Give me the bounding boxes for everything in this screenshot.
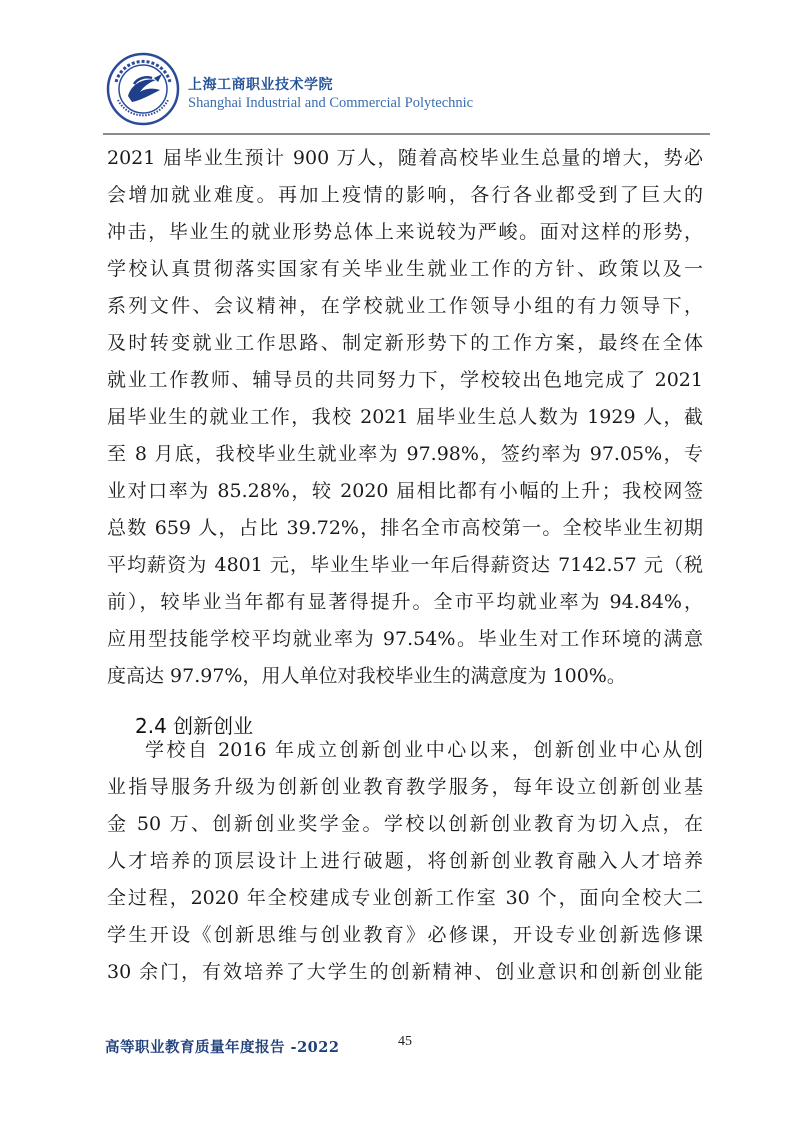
text-line: 学校自 2016 年成立创新创业中心以来，创新创业中心从创 (107, 732, 703, 769)
header-divider (103, 133, 710, 135)
text-line: 会增加就业难度。再加上疫情的影响，各行各业都受到了巨大的 (107, 177, 703, 214)
text-line: 平均薪资为 4801 元，毕业生毕业一年后得薪资达 7142.57 元（税 (107, 547, 703, 584)
employment-paragraph: 2021 届毕业生预计 900 万人，随着高校毕业生总量的增大，势必 会增加就业… (107, 140, 703, 695)
school-emblem-logo (106, 52, 180, 126)
text-line: 业对口率为 85.28%，较 2020 届相比都有小幅的上升；我校网签 (107, 473, 703, 510)
text-line: 总数 659 人，占比 39.72%，排名全市高校第一。全校毕业生初期 (107, 510, 703, 547)
text-line: 金 50 万、创新创业奖学金。学校以创新创业教育为切入点，在 (107, 806, 703, 843)
text-line: 届毕业生的就业工作，我校 2021 届毕业生总人数为 1929 人，截 (107, 399, 703, 436)
text-line: 就业工作教师、辅导员的共同努力下，学校较出色地完成了 2021 (107, 362, 703, 399)
text-line: 全过程，2020 年全校建成专业创新工作室 30 个，面向全校大二 (107, 880, 703, 917)
footer-report-title: 高等职业教育质量年度报告 -2022 (105, 1036, 339, 1057)
school-name-cn: 上海工商职业技术学院 (188, 74, 333, 94)
document-page: 上海工商职业技术学院 Shanghai Industrial and Comme… (0, 0, 793, 1122)
text-line: 学校认真贯彻落实国家有关毕业生就业工作的方针、政策以及一 (107, 251, 703, 288)
text-line: 业指导服务升级为创新创业教育教学服务，每年设立创新创业基 (107, 769, 703, 806)
innovation-paragraph: 学校自 2016 年成立创新创业中心以来，创新创业中心从创 业指导服务升级为创新… (107, 732, 703, 991)
page-number: 45 (398, 1034, 412, 1050)
page-header: 上海工商职业技术学院 Shanghai Industrial and Comme… (103, 50, 713, 130)
text-line: 前），较毕业当年都有显著得提升。全市平均就业率为 94.84%， (107, 584, 703, 621)
text-line: 系列文件、会议精神，在学校就业工作领导小组的有力领导下， (107, 288, 703, 325)
text-line: 30 余门，有效培养了大学生的创新精神、创业意识和创新创业能 (107, 954, 703, 991)
text-line: 人才培养的顶层设计上进行破题，将创新创业教育融入人才培养 (107, 843, 703, 880)
text-line: 学生开设《创新思维与创业教育》必修课，开设专业创新选修课 (107, 917, 703, 954)
emblem-icon (106, 52, 180, 126)
text-line: 2021 届毕业生预计 900 万人，随着高校毕业生总量的增大，势必 (107, 140, 703, 177)
text-line: 度高达 97.97%，用人单位对我校毕业生的满意度为 100%。 (107, 658, 703, 695)
text-line: 应用型技能学校平均就业率为 97.54%。毕业生对工作环境的满意 (107, 621, 703, 658)
school-name-en: Shanghai Industrial and Commercial Polyt… (188, 95, 473, 112)
text-line: 冲击，毕业生的就业形势总体上来说较为严峻。面对这样的形势， (107, 214, 703, 251)
text-line: 至 8 月底，我校毕业生就业率为 97.98%，签约率为 97.05%，专 (107, 436, 703, 473)
text-line: 及时转变就业工作思路、制定新形势下的工作方案，最终在全体 (107, 325, 703, 362)
